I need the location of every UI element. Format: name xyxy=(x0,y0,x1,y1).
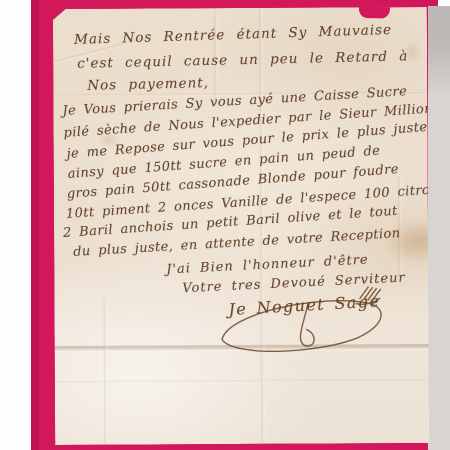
letter-paper: Mais Nos Rentrée étant Sy Mauvaise c'est… xyxy=(53,7,429,445)
fold-crease-horizontal-lower xyxy=(55,379,429,384)
scan-margin-left xyxy=(0,0,31,450)
paper-tear-notch xyxy=(359,6,390,19)
scan-margin-right xyxy=(428,6,450,450)
signature-flourish-icon xyxy=(209,284,398,363)
letter-line: c'est cequil cause un peu le Retard à xyxy=(77,48,408,72)
letter-line: Mais Nos Rentrée étant Sy Mauvaise xyxy=(74,22,392,48)
fold-crease-vertical-left xyxy=(103,299,108,445)
letter-line: Nos payement, xyxy=(87,75,209,94)
